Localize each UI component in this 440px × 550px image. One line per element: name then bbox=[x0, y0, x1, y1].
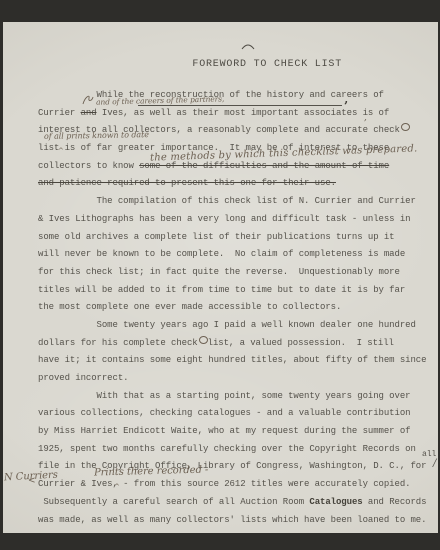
typed-line: for this check list; in fact quite the r… bbox=[38, 264, 438, 282]
page-title-text: FOREWORD TO CHECK LIST bbox=[192, 59, 342, 70]
margin-arrow-mark: < bbox=[28, 477, 35, 486]
typed-line: and patience required to present this on… bbox=[38, 175, 438, 193]
typed-line: collectors to know some of the difficult… bbox=[38, 158, 438, 176]
pencil-comma: , bbox=[364, 114, 367, 123]
typed-line: Subsequently a careful search of all Auc… bbox=[38, 494, 438, 512]
title-row: FOREWORD TO CHECK LIST , bbox=[38, 48, 438, 63]
paragraph-4: With that as a starting point, some twen… bbox=[38, 388, 438, 530]
typed-line: Currier & Ives, - from this source 2612 … bbox=[38, 476, 438, 494]
close-up-arc-icon bbox=[241, 43, 255, 50]
typed-line: will never be known to be complete. No c… bbox=[38, 246, 438, 264]
typed-line: Some twenty years ago I paid a well know… bbox=[38, 317, 438, 335]
overtyped-text: Catalogues bbox=[309, 497, 362, 507]
typewritten-sheet: FOREWORD TO CHECK LIST , While the recon… bbox=[3, 22, 438, 533]
pencil-insertion: Prints there recorded - bbox=[94, 466, 209, 479]
typed-line: the most complete one ever made accessib… bbox=[38, 299, 438, 317]
struck-text: and bbox=[81, 108, 97, 118]
body-text: While the reconstruction of the history … bbox=[38, 87, 438, 529]
pencil-insertion: of all prints known to date bbox=[44, 131, 149, 141]
typed-line: & Ives Lithographs has been a very long … bbox=[38, 211, 438, 229]
insert-slash-mark: / bbox=[433, 459, 436, 469]
pencil-caret: ^ bbox=[58, 148, 64, 155]
pencil-caret: ^ bbox=[114, 484, 120, 491]
paragraph-3: Some twenty years ago I paid a well know… bbox=[38, 317, 438, 388]
typed-line: by Miss Harriet Endicott Waite, who at m… bbox=[38, 423, 438, 441]
typed-line: The compilation of this check list of N.… bbox=[38, 193, 438, 211]
close-up-mark-icon bbox=[401, 123, 410, 131]
pencil-insertion: and of the careers of the partners, bbox=[96, 95, 224, 106]
typed-line: titles will be added to it from time to … bbox=[38, 282, 438, 300]
delete-mark-icon bbox=[82, 94, 94, 105]
close-up-mark-icon bbox=[199, 336, 208, 344]
document-page: FOREWORD TO CHECK LIST , While the recon… bbox=[0, 0, 440, 550]
typed-line: various collections, checking catalogues… bbox=[38, 405, 438, 423]
struck-text: and patience required to present this on… bbox=[38, 178, 336, 188]
typed-line: proved incorrect. bbox=[38, 370, 438, 388]
paragraph-2: The compilation of this check list of N.… bbox=[38, 193, 438, 317]
typed-line: With that as a starting point, some twen… bbox=[38, 388, 438, 406]
typed-line: dollars for his complete checklist, a va… bbox=[38, 335, 438, 353]
typed-line: 1925, spent two months carefully checkin… bbox=[38, 441, 438, 459]
typed-line: some old archives a complete list of the… bbox=[38, 229, 438, 247]
typed-line: have it; it contains some eight hundred … bbox=[38, 352, 438, 370]
typed-line: Currier and Ives, as well as their most … bbox=[38, 105, 438, 123]
typed-line: was made, as well as many collectors' li… bbox=[38, 512, 438, 530]
paragraph-1: While the reconstruction of the history … bbox=[38, 87, 438, 193]
